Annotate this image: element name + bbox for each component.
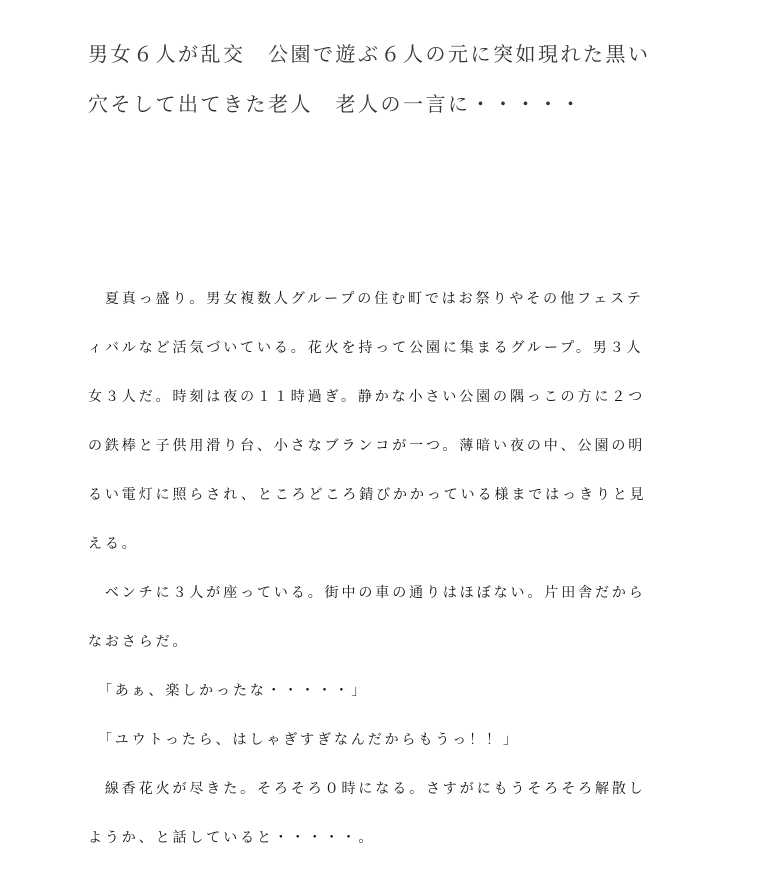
- dialogue-line: 「あぁ、楽しかったな・・・・・」: [88, 667, 648, 716]
- body-line: の鉄棒と子供用滑り台、小さなブランコが一つ。薄暗い夜の中、公園の明: [88, 422, 648, 471]
- body-line: える。: [88, 520, 648, 569]
- title-line: 男女６人が乱交 公園で遊ぶ６人の元に突如現れた黒い: [88, 29, 648, 79]
- body-line: 線香花火が尽きた。そろそろ０時になる。さすがにもうそろそろ解散し: [88, 765, 648, 814]
- dialogue-line: 「ユウトったら、はしゃぎすぎなんだからもうっ！！」: [88, 716, 648, 765]
- document-page: 男女６人が乱交 公園で遊ぶ６人の元に突如現れた黒い 穴そして出てきた老人 老人の…: [0, 0, 757, 894]
- body-line: ようか、と話していると・・・・・。: [88, 814, 648, 863]
- body-line: ィバルなど活気づいている。花火を持って公園に集まるグループ。男３人: [88, 324, 648, 373]
- body-line: なおさらだ。: [88, 618, 648, 667]
- document-title: 男女６人が乱交 公園で遊ぶ６人の元に突如現れた黒い 穴そして出てきた老人 老人の…: [88, 29, 648, 129]
- body-line: るい電灯に照らされ、ところどころ錆びかかっている様まではっきりと見: [88, 471, 648, 520]
- body-line: ベンチに３人が座っている。街中の車の通りはほぼない。片田舎だから: [88, 569, 648, 618]
- title-line: 穴そして出てきた老人 老人の一言に・・・・・: [88, 79, 648, 129]
- body-line: 女３人だ。時刻は夜の１１時過ぎ。静かな小さい公園の隅っこの方に２つ: [88, 373, 648, 422]
- body-line: 夏真っ盛り。男女複数人グループの住む町ではお祭りやその他フェステ: [88, 275, 648, 324]
- story-body: 夏真っ盛り。男女複数人グループの住む町ではお祭りやその他フェステ ィバルなど活気…: [88, 275, 648, 863]
